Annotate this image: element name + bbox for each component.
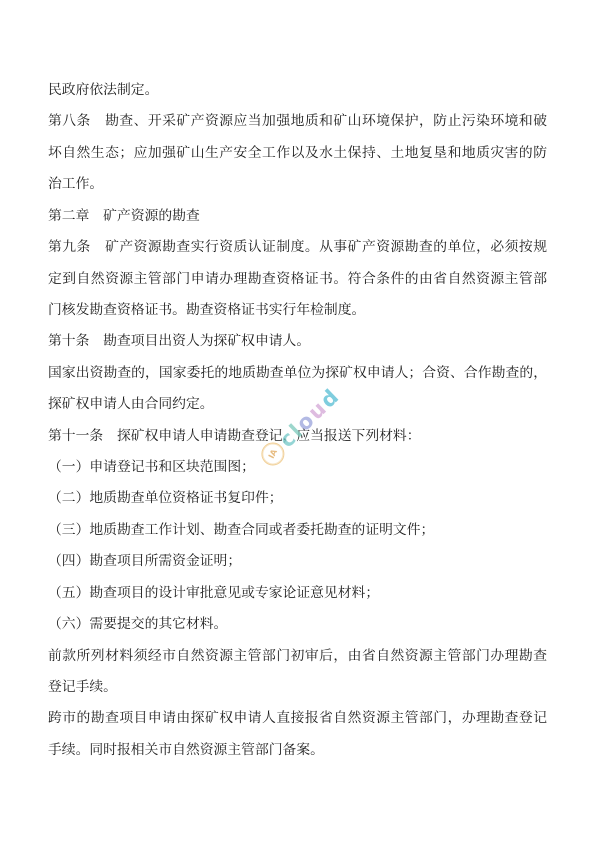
doc-line: 登记手续。 <box>48 671 547 702</box>
paragraph: （一）申请登记书和区块范围图； <box>48 451 547 482</box>
doc-line: 跨市的勘查项目申请由探矿权申请人直接报省自然资源主管部门，办理勘查登记 <box>48 702 547 733</box>
paragraph: （五）勘查项目的设计审批意见或专家论证意见材料； <box>48 577 547 608</box>
doc-line: （一）申请登记书和区块范围图； <box>48 451 547 482</box>
doc-line: 第十一条 探矿权申请人申请勘查登记，应当报送下列材料： <box>48 420 547 451</box>
document-body: 民政府依法制定。第八条 勘查、开采矿产资源应当加强地质和矿山环境保护，防止污染环… <box>48 74 547 765</box>
paragraph: 跨市的勘查项目申请由探矿权申请人直接报省自然资源主管部门，办理勘查登记手续。同时… <box>48 702 547 765</box>
doc-line: 民政府依法制定。 <box>48 74 547 105</box>
paragraph: 民政府依法制定。 <box>48 74 547 105</box>
paragraph: 国家出资勘查的，国家委托的地质勘查单位为探矿权申请人；合资、合作勘查的，探矿权申… <box>48 357 547 420</box>
doc-line: （三）地质勘查工作计划、勘查合同或者委托勘查的证明文件； <box>48 514 547 545</box>
paragraph: （六）需要提交的其它材料。 <box>48 608 547 639</box>
paragraph: （三）地质勘查工作计划、勘查合同或者委托勘查的证明文件； <box>48 514 547 545</box>
doc-line: 探矿权申请人由合同约定。 <box>48 388 547 419</box>
doc-line: 坏自然生态；应加强矿山生产安全工作以及水土保持、土地复垦和地质灾害的防 <box>48 137 547 168</box>
paragraph: 第十一条 探矿权申请人申请勘查登记，应当报送下列材料： <box>48 420 547 451</box>
paragraph: （四）勘查项目所需资金证明； <box>48 545 547 576</box>
doc-line: 国家出资勘查的，国家委托的地质勘查单位为探矿权申请人；合资、合作勘查的， <box>48 357 547 388</box>
paragraph: 前款所列材料须经市自然资源主管部门初审后，由省自然资源主管部门办理勘查登记手续。 <box>48 640 547 703</box>
doc-line: 前款所列材料须经市自然资源主管部门初审后，由省自然资源主管部门办理勘查 <box>48 640 547 671</box>
paragraph: 第八条 勘查、开采矿产资源应当加强地质和矿山环境保护，防止污染环境和破坏自然生态… <box>48 105 547 199</box>
paragraph: 第九条 矿产资源勘查实行资质认证制度。从事矿产资源勘查的单位，必须按规定到自然资… <box>48 231 547 325</box>
doc-line: 定到自然资源主管部门申请办理勘查资格证书。符合条件的由省自然资源主管部 <box>48 263 547 294</box>
doc-line: 第十条 勘查项目出资人为探矿权申请人。 <box>48 325 547 356</box>
doc-line: 第八条 勘查、开采矿产资源应当加强地质和矿山环境保护，防止污染环境和破 <box>48 105 547 136</box>
doc-line: 门核发勘查资格证书。勘查资格证书实行年检制度。 <box>48 294 547 325</box>
doc-line: （四）勘查项目所需资金证明； <box>48 545 547 576</box>
paragraph: 第十条 勘查项目出资人为探矿权申请人。 <box>48 325 547 356</box>
paragraph: （二）地质勘查单位资格证书复印件； <box>48 482 547 513</box>
doc-line: 治工作。 <box>48 168 547 199</box>
doc-line: 手续。同时报相关市自然资源主管部门备案。 <box>48 734 547 765</box>
doc-line: 第二章 矿产资源的勘查 <box>48 200 547 231</box>
doc-line: （二）地质勘查单位资格证书复印件； <box>48 482 547 513</box>
doc-line: 第九条 矿产资源勘查实行资质认证制度。从事矿产资源勘查的单位，必须按规 <box>48 231 547 262</box>
paragraph: 第二章 矿产资源的勘查 <box>48 200 547 231</box>
doc-line: （六）需要提交的其它材料。 <box>48 608 547 639</box>
document-page: 民政府依法制定。第八条 勘查、开采矿产资源应当加强地质和矿山环境保护，防止污染环… <box>0 0 595 841</box>
doc-line: （五）勘查项目的设计审批意见或专家论证意见材料； <box>48 577 547 608</box>
